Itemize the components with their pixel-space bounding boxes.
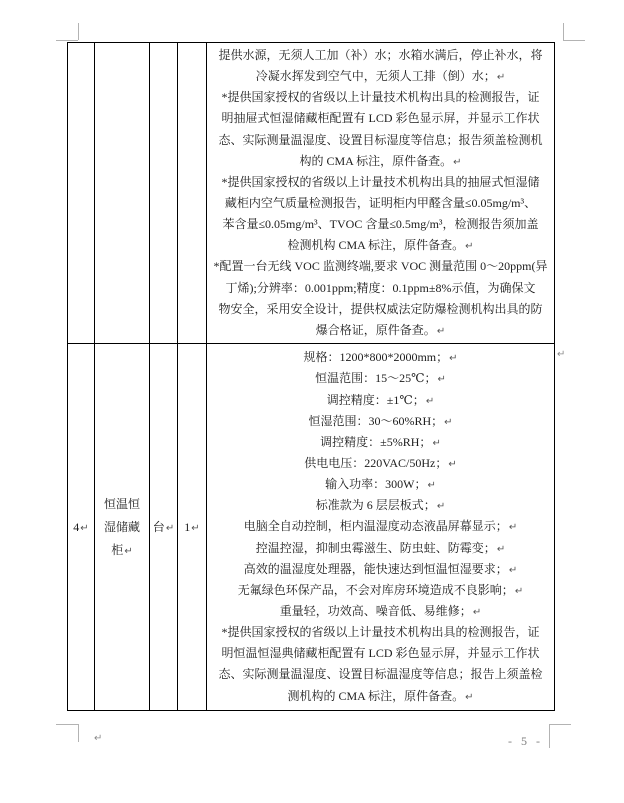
text-line-content: 供电电压：220VAC/50Hz；	[304, 456, 447, 470]
text-line-content: 藏柜内空气质量检测报告，证明柜内甲醛含量≤0.05mg/m³、	[225, 196, 536, 210]
row-end-paragraph-mark-icon: ↵	[557, 349, 565, 360]
text-line-content: *提供国家授权的省级以上计量技术机构出具的检测报告，证	[221, 90, 539, 104]
text-line: 调控精度：±5%RH；↵	[207, 432, 554, 453]
text-line-content: 态、实际测量温湿度、设置目标湿度等信息；报告须盖检测机	[218, 133, 542, 147]
paragraph-mark-icon: ↵	[465, 241, 473, 252]
text-line: 重量轻，功效高、噪音低、易维修；↵	[207, 601, 554, 622]
margin-mark-bottom-left-vertical	[78, 724, 79, 742]
cell-specs: 规格：1200*800*2000mm；↵恒温范围：15～25℃；↵调控精度：±1…	[207, 344, 555, 711]
text-line-content: 高效的温湿度处理器，能快速达到恒温恒湿要求；	[244, 562, 508, 576]
paragraph-mark-icon: ↵	[166, 523, 174, 534]
text-line: 供电电压：220VAC/50Hz；↵	[207, 453, 554, 474]
text-line: 恒温恒	[95, 493, 149, 516]
paragraph-mark-icon: ↵	[497, 544, 505, 555]
text-line: 规格：1200*800*2000mm；↵	[207, 347, 554, 368]
text-line: 检测机构 CMA 标注，原件备查。↵	[207, 235, 554, 256]
document-page: { "marks": { "pilcrow": "↵" }, "table": …	[0, 0, 624, 803]
text-line-content: 输入功率：300W；	[325, 477, 426, 491]
spec-table: 提供水源，无须人工加（补）水；水箱水满后，停止补水，将冷凝水挥发到空气中，无须人…	[67, 42, 555, 711]
paragraph-mark-icon: ↵	[449, 353, 457, 364]
text-line-content: 物安全，采用安全设计，提供权威法定防爆检测机构出具的防	[218, 302, 542, 316]
text-line-content: 检测机构 CMA 标注，原件备查。	[287, 238, 464, 252]
cell-unit-empty	[150, 43, 178, 344]
cell-qty: 1↵	[178, 344, 207, 711]
paragraph-mark-icon: ↵	[438, 374, 446, 385]
margin-mark-top-left-vertical	[78, 23, 79, 40]
text-line: 态、实际测量温湿度、设置目标湿度等信息；报告须盖检测机	[207, 130, 554, 151]
text-line: 无氟绿色环保产品，不会对库房环境造成不良影响；↵	[207, 580, 554, 601]
text-line: 标准款为 6 层层板式；↵	[207, 495, 554, 516]
paragraph-mark-icon: ↵	[509, 522, 517, 533]
text-line: *提供国家授权的省级以上计量技术机构出具的检测报告，证	[207, 87, 554, 108]
paragraph-mark-icon: ↵	[509, 565, 517, 576]
text-line-content: 测机构的 CMA 标注，原件备查。	[287, 689, 464, 703]
text-line: 4↵	[68, 516, 94, 539]
cell-qty-empty	[178, 43, 207, 344]
text-line-content: 苯含量≤0.05mg/m³、TVOC 含量≤0.5mg/m³，检测报告须加盖	[222, 217, 538, 231]
text-line: 丁烯);分辨率：0.001ppm;精度：0.1ppm±8%示值，为确保文	[207, 278, 554, 299]
text-line-content: *配置一台无线 VOC 监测终端,要求 VOC 测量范围 0～20ppm(异	[213, 259, 547, 273]
text-line-content: 态、实际测量温湿度、设置目标温湿度等信息；报告上须盖检	[218, 667, 542, 681]
text-line: 电脑全自动控制，柜内温湿度动态液晶屏幕显示；↵	[207, 516, 554, 537]
text-line-content: 规格：1200*800*2000mm；	[303, 350, 448, 364]
text-line: 明抽屉式恒湿储藏柜配置有 LCD 彩色显示屏，并显示工作状	[207, 108, 554, 129]
text-line-content: 构的 CMA 标注，原件备查。	[299, 154, 452, 168]
text-line: 构的 CMA 标注，原件备查。↵	[207, 151, 554, 172]
cell-unit: 台↵	[150, 344, 178, 711]
text-line-content: 柜	[111, 543, 123, 557]
text-line-content: *提供国家授权的省级以上计量技术机构出具的抽屉式恒湿储	[221, 175, 539, 189]
paragraph-mark-icon: ↵	[191, 523, 199, 534]
after-table-paragraph-mark-icon: ↵	[94, 733, 102, 744]
text-line-content: 恒温恒	[104, 497, 140, 511]
text-line: *提供国家授权的省级以上计量技术机构出具的抽屉式恒湿储	[207, 172, 554, 193]
margin-mark-top-right-horizontal	[563, 40, 585, 41]
text-line: 物安全，采用安全设计，提供权威法定防爆检测机构出具的防	[207, 299, 554, 320]
text-line: 调控精度：±1℃；↵	[207, 390, 554, 411]
margin-mark-top-left-horizontal	[56, 40, 78, 41]
paragraph-mark-icon: ↵	[432, 438, 440, 449]
text-line-content: 控温控湿，抑制虫霉滋生、防虫蛀、防霉变；	[256, 541, 496, 555]
text-line-content: 恒温范围：15～25℃；	[315, 371, 436, 385]
text-line: 湿储藏	[95, 516, 149, 539]
paragraph-mark-icon: ↵	[497, 72, 505, 83]
paragraph-mark-icon: ↵	[80, 523, 88, 534]
text-line-content: 提供水源，无须人工加（补）水；水箱水满后，停止补水，将	[218, 48, 542, 62]
text-line: 测机构的 CMA 标注，原件备查。↵	[207, 686, 554, 707]
text-line: 明恒温恒湿典储藏柜配置有 LCD 彩色显示屏，并显示工作状	[207, 643, 554, 664]
paragraph-mark-icon: ↵	[124, 546, 132, 557]
paragraph-mark-icon: ↵	[515, 586, 523, 597]
text-line-content: 冷凝水挥发到空气中，无须人工排（倒）水；	[256, 69, 496, 83]
text-line-content: 电脑全自动控制，柜内温湿度动态液晶屏幕显示；	[244, 519, 508, 533]
text-line: 爆合格证，原件备查。↵	[207, 320, 554, 341]
text-line-content: 标准款为 6 层层板式；	[316, 498, 436, 512]
paragraph-mark-icon: ↵	[437, 326, 445, 337]
text-line-content: 1	[184, 520, 190, 534]
paragraph-mark-icon: ↵	[427, 480, 435, 491]
text-line-content: 4	[73, 520, 79, 534]
text-line: 冷凝水挥发到空气中，无须人工排（倒）水；↵	[207, 66, 554, 87]
text-line: 苯含量≤0.05mg/m³、TVOC 含量≤0.5mg/m³，检测报告须加盖	[207, 214, 554, 235]
paragraph-mark-icon: ↵	[453, 157, 461, 168]
text-line-content: 台	[153, 520, 165, 534]
text-line: 提供水源，无须人工加（补）水；水箱水满后，停止补水，将	[207, 45, 554, 66]
cell-seq: 4↵	[68, 344, 95, 711]
page-number: - 5 -	[508, 734, 543, 749]
margin-mark-top-right-vertical	[563, 23, 564, 40]
text-line: 1↵	[178, 516, 206, 539]
text-line-content: 重量轻，功效高、噪音低、易维修；	[280, 604, 472, 618]
text-line-content: 丁烯);分辨率：0.001ppm;精度：0.1ppm±8%示值，为确保文	[226, 281, 536, 295]
text-line-content: *提供国家授权的省级以上计量技术机构出具的检测报告，证	[221, 625, 539, 639]
paragraph-mark-icon: ↵	[473, 607, 481, 618]
text-line: *配置一台无线 VOC 监测终端,要求 VOC 测量范围 0～20ppm(异	[207, 256, 554, 277]
text-line: *提供国家授权的省级以上计量技术机构出具的检测报告，证	[207, 622, 554, 643]
text-line: 控温控湿，抑制虫霉滋生、防虫蛀、防霉变；↵	[207, 538, 554, 559]
text-line-content: 明恒温恒湿典储藏柜配置有 LCD 彩色显示屏，并显示工作状	[221, 646, 539, 660]
cell-name: 恒温恒湿储藏柜↵	[95, 344, 150, 711]
paragraph-mark-icon: ↵	[444, 417, 452, 428]
paragraph-mark-icon: ↵	[437, 501, 445, 512]
text-line-content: 明抽屉式恒湿储藏柜配置有 LCD 彩色显示屏，并显示工作状	[221, 111, 539, 125]
cell-seq-empty	[68, 43, 95, 344]
text-line: 输入功率：300W；↵	[207, 474, 554, 495]
text-line: 柜↵	[95, 539, 149, 562]
paragraph-mark-icon: ↵	[465, 692, 473, 703]
table-row-continuation: 提供水源，无须人工加（补）水；水箱水满后，停止补水，将冷凝水挥发到空气中，无须人…	[68, 43, 555, 344]
text-line: 高效的温湿度处理器，能快速达到恒温恒湿要求；↵	[207, 559, 554, 580]
text-line: 藏柜内空气质量检测报告，证明柜内甲醛含量≤0.05mg/m³、	[207, 193, 554, 214]
text-line-content: 湿储藏	[104, 520, 140, 534]
margin-mark-bottom-right-vertical	[549, 724, 550, 748]
text-line-content: 爆合格证，原件备查。	[316, 323, 436, 337]
text-line-content: 恒湿范围：30～60%RH；	[308, 414, 443, 428]
table-row-item4: 4↵ 恒温恒湿储藏柜↵ 台↵ 1↵ 规格：1200*800*2000mm；↵恒温…	[68, 344, 555, 711]
text-line: 台↵	[150, 516, 177, 539]
cell-specs: 提供水源，无须人工加（补）水；水箱水满后，停止补水，将冷凝水挥发到空气中，无须人…	[207, 43, 555, 344]
text-line: 恒温范围：15～25℃；↵	[207, 368, 554, 389]
paragraph-mark-icon: ↵	[448, 459, 456, 470]
text-line-content: 调控精度：±5%RH；	[320, 435, 431, 449]
text-line: 恒湿范围：30～60%RH；↵	[207, 411, 554, 432]
margin-mark-bottom-right-horizontal	[549, 724, 571, 725]
margin-mark-bottom-left-horizontal	[56, 724, 78, 725]
text-line-content: 无氟绿色环保产品，不会对库房环境造成不良影响；	[238, 583, 514, 597]
text-line-content: 调控精度：±1℃；	[327, 393, 425, 407]
cell-name-empty	[95, 43, 150, 344]
paragraph-mark-icon: ↵	[426, 396, 434, 407]
text-line: 态、实际测量温湿度、设置目标温湿度等信息；报告上须盖检	[207, 664, 554, 685]
